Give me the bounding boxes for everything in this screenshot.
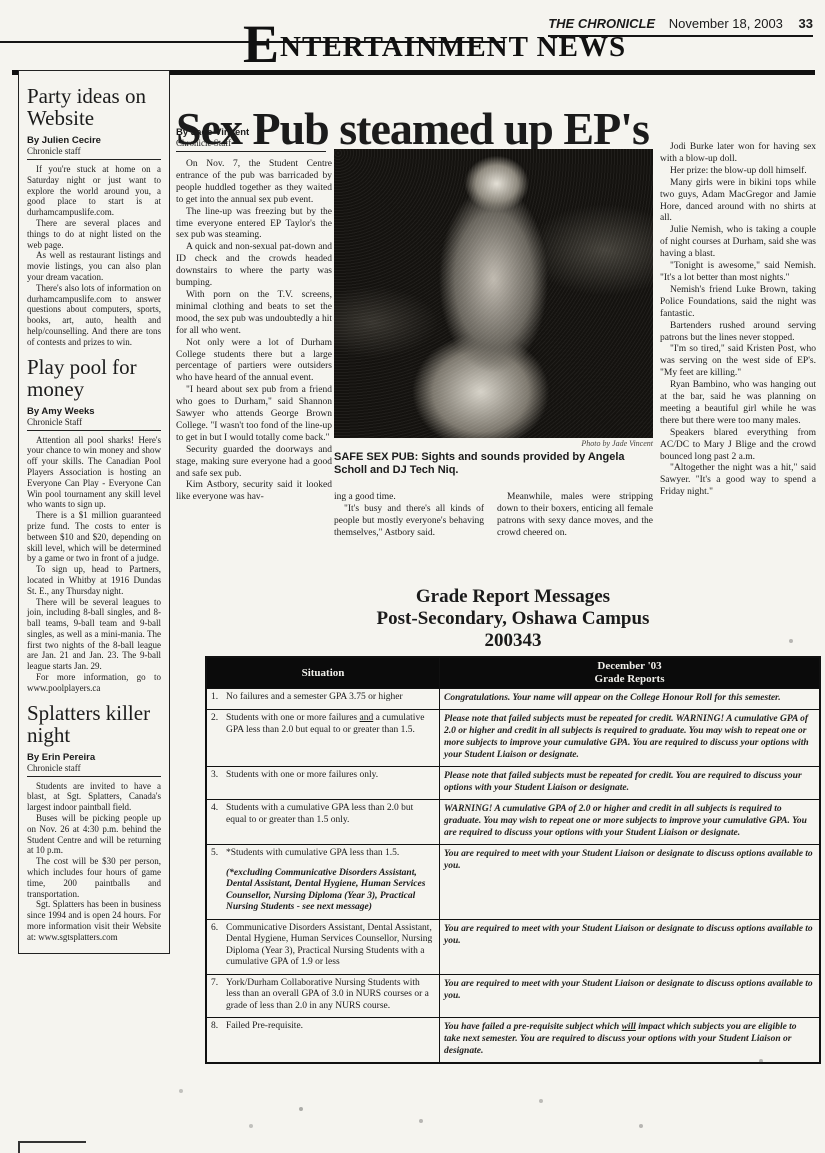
situation-header: Situation [206,657,440,689]
sidebar-byline: By Amy Weeks [27,406,161,417]
grade-table-row: 2.Students with one or more failures and… [206,710,820,767]
paragraph: Security guarded the doorways and stage,… [176,445,332,481]
row-number: 5. [211,848,226,914]
newspaper-page: THE CHRONICLE November 18, 2003 33 ENTER… [0,0,825,1153]
scan-artifact-corner [18,1141,86,1153]
caption-lead: SAFE SEX PUB: [334,451,418,463]
paragraph: Jodi Burke later won for having sex with… [660,142,816,166]
main-byline-block: By Jade Vincent Chronicle Staff [176,127,328,156]
grade-table-row: 8.Failed Pre-requisite.You have failed a… [206,1018,820,1064]
sidebar-article-title: Party ideas on Website [27,85,161,129]
situation-text: Students with one or more failures and a… [226,713,433,736]
row-number: 6. [211,923,226,969]
sidebar-byline: By Julien Cecire [27,135,161,146]
message-cell: You are required to meet with your Stude… [440,974,821,1018]
paragraph: There are several places and things to d… [27,218,161,250]
article-column-4: Jodi Burke later won for having sex with… [660,142,816,499]
grade-title-line: Grade Report Messages [205,586,821,608]
paragraph: For more information, go to www.poolplay… [27,672,161,694]
situation-text: Students with one or more failures only. [226,770,433,782]
paragraph: There is a $1 million guaranteed prize f… [27,510,161,564]
row-number: 3. [211,770,226,782]
paragraph: There's also lots of information on durh… [27,283,161,348]
article-photo-figure: Photo by Jade Vincent SAFE SEX PUB: Sigh… [334,149,653,477]
message-cell: Please note that failed subjects must be… [440,767,821,800]
paragraph: "I heard about sex pub from a friend who… [176,385,332,445]
grade-table-row: 6.Communicative Disorders Assistant, Den… [206,919,820,974]
situation-cell: 6.Communicative Disorders Assistant, Den… [206,919,440,974]
issue-date: November 18, 2003 [669,16,783,31]
article-column-1: On Nov. 7, the Student Centre entrance o… [176,159,332,504]
sidebar-credit: Chronicle staff [27,146,161,160]
message-cell: Congratulations. Your name will appear o… [440,689,821,710]
paragraph: Students are invited to have a blast, at… [27,781,161,813]
grade-report-table: Situation December '03 Grade Reports 1.N… [205,656,821,1064]
message-cell: Please note that failed subjects must be… [440,710,821,767]
paragraph: A quick and non-sexual pat-down and ID c… [176,242,332,290]
paragraph: Bartenders rushed around serving patrons… [660,321,816,345]
article-column-2: ing a good time."It's busy and there's a… [334,492,484,540]
message-cell: You are required to meet with your Stude… [440,845,821,920]
grade-table-body: 1.No failures and a semester GPA 3.75 or… [206,689,820,1064]
message-cell: WARNING! A cumulative GPA of 2.0 or high… [440,800,821,845]
grade-table-row: 7.York/Durham Collaborative Nursing Stud… [206,974,820,1018]
paragraph: Ryan Bambino, who was hanging out at the… [660,380,816,428]
situation-text: Communicative Disorders Assistant, Denta… [226,923,433,969]
sidebar-article-body: If you're stuck at home on a Saturday ni… [27,164,161,348]
paragraph: Her prize: the blow-up doll himself. [660,166,816,178]
situation-text: Students with a cumulative GPA less than… [226,803,433,826]
paragraph: To sign up, head to Partners, located in… [27,564,161,596]
row-number: 2. [211,713,226,736]
grade-table-header-row: Situation December '03 Grade Reports [206,657,820,689]
message-cell: You have failed a pre-requisite subject … [440,1018,821,1064]
section-initial: E [243,14,280,74]
situation-cell: 3.Students with one or more failures onl… [206,767,440,800]
grade-reports-header: December '03 Grade Reports [440,657,821,689]
grade-table-head: Situation December '03 Grade Reports [206,657,820,689]
main-byline: By Jade Vincent [176,127,328,138]
situation-cell: 4.Students with a cumulative GPA less th… [206,800,440,845]
message-cell: You are required to meet with your Stude… [440,919,821,974]
photo-credit: Photo by Jade Vincent [334,439,653,449]
paragraph: Julie Nemish, who is taking a couple of … [660,225,816,261]
paragraph: With porn on the T.V. screens, minimal c… [176,290,332,338]
paragraph: ing a good time. [334,492,484,504]
situation-cell: 2.Students with one or more failures and… [206,710,440,767]
row-number: 7. [211,978,226,1013]
sidebar-articles: Party ideas on Website By Julien Cecire … [18,70,170,954]
paragraph: Speakers blared everything from AC/DC to… [660,428,816,464]
paragraph: Many girls were in bikini tops while two… [660,178,816,226]
article-column-3: Meanwhile, males were stripping down to … [497,492,653,540]
paragraph: The cost will be $30 per person, which i… [27,856,161,899]
situation-cell: 1.No failures and a semester GPA 3.75 or… [206,689,440,710]
paragraph: Meanwhile, males were stripping down to … [497,492,653,540]
grade-table-row: 1.No failures and a semester GPA 3.75 or… [206,689,820,710]
paragraph: "It's busy and there's all kinds of peop… [334,504,484,540]
situation-cell: 7.York/Durham Collaborative Nursing Stud… [206,974,440,1018]
section-banner: ENTERTAINMENT NEWS [243,22,626,66]
sex-pub-photo [334,149,653,438]
row-number: 1. [211,692,226,704]
grade-reports-header-line1: December '03 [444,660,815,673]
paragraph: If you're stuck at home on a Saturday ni… [27,164,161,218]
situation-text: York/Durham Collaborative Nursing Studen… [226,978,433,1013]
paragraph: "I'm so tired," said Kristen Post, who w… [660,344,816,380]
paragraph: There will be several leagues to join, i… [27,597,161,673]
scan-noise [0,0,2,2]
sidebar-article-title: Play pool for money [27,356,161,400]
grade-title-line: 200343 [205,630,821,652]
sidebar-article-body: Attention all pool sharks! Here's your c… [27,435,161,694]
sidebar-byline: By Erin Pereira [27,752,161,763]
situation-cell: 8.Failed Pre-requisite. [206,1018,440,1064]
paragraph: Not only were a lot of Durham College st… [176,338,332,386]
paragraph: On Nov. 7, the Student Centre entrance o… [176,159,332,207]
grade-report-title: Grade Report Messages Post-Secondary, Os… [205,586,821,652]
paragraph: As well as restaurant listings and movie… [27,250,161,282]
grade-reports-header-line2: Grade Reports [444,673,815,686]
photo-caption: SAFE SEX PUB: Sights and sounds provided… [334,451,644,477]
row-number: 8. [211,1021,226,1033]
sidebar-article-body: Students are invited to have a blast, at… [27,781,161,943]
situation-text: *Students with cumulative GPA less than … [226,848,433,914]
paragraph: Attention all pool sharks! Here's your c… [27,435,161,511]
row-number: 4. [211,803,226,826]
situation-cell: 5.*Students with cumulative GPA less tha… [206,845,440,920]
paragraph: Buses will be picking people up on Nov. … [27,813,161,856]
paragraph: Kim Astbory, security said it looked lik… [176,480,332,504]
sidebar-article-title: Splatters killer night [27,702,161,746]
situation-note: (*excluding Communicative Disorders Assi… [226,868,433,914]
sidebar-credit: Chronicle staff [27,763,161,777]
paragraph: Sgt. Splatters has been in business sinc… [27,899,161,942]
situation-text: Failed Pre-requisite. [226,1021,433,1033]
sidebar-credit: Chronicle Staff [27,417,161,431]
grade-table-row: 4.Students with a cumulative GPA less th… [206,800,820,845]
section-title: NTERTAINMENT NEWS [280,31,626,63]
situation-text: No failures and a semester GPA 3.75 or h… [226,692,433,704]
paragraph: "Tonight is awesome," said Nemish. "It's… [660,261,816,285]
grade-table-row: 3.Students with one or more failures onl… [206,767,820,800]
paragraph: Nemish's friend Luke Brown, taking Polic… [660,285,816,321]
main-credit: Chronicle Staff [176,138,326,152]
grade-title-line: Post-Secondary, Oshawa Campus [205,608,821,630]
paragraph: "Altogether the night was a hit," said S… [660,463,816,499]
grade-table-row: 5.*Students with cumulative GPA less tha… [206,845,820,920]
paragraph: The line-up was freezing but by the time… [176,207,332,243]
page-number: 33 [799,16,813,31]
